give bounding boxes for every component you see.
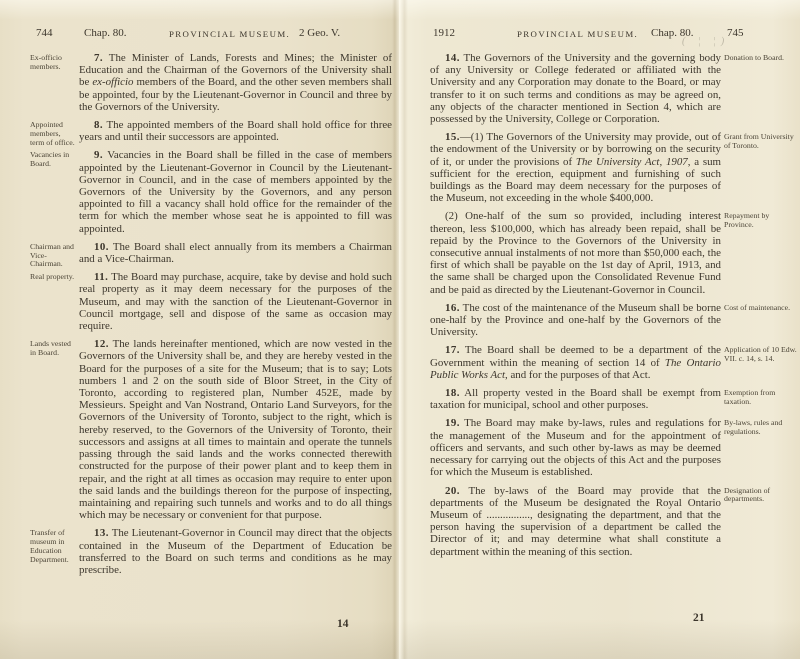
page-number: 14 <box>337 618 349 630</box>
act-section: By-laws, rules and regulations. 19. The … <box>430 417 721 478</box>
section-paragraph: 13. The Lieutenant-Governor in Council m… <box>79 527 392 576</box>
section-number: 18. <box>445 387 460 399</box>
section-text: The Governors of the University and the … <box>430 52 721 125</box>
act-section: Transfer of museum in Education Departme… <box>79 527 392 576</box>
section-number: 19. <box>445 417 460 429</box>
header-folio-number: 744 <box>36 27 53 39</box>
section-text: The Board shall elect annually from its … <box>79 241 392 265</box>
section-paragraph: 16. The cost of the maintenance of the M… <box>430 302 721 339</box>
margin-note: Ex-officio members. <box>30 54 76 72</box>
section-paragraph: (2) One-half of the sum so provided, inc… <box>430 210 721 295</box>
act-section: Vacancies in Board. 9. Vacancies in the … <box>79 149 392 234</box>
section-number: 8. <box>94 119 103 131</box>
section-number: 20. <box>445 485 460 497</box>
section-paragraph: 9. Vacancies in the Board shall be fille… <box>79 149 392 234</box>
section-text: The cost of the maintenance of the Museu… <box>430 302 721 338</box>
act-section: Designation of departments. 20. The by-l… <box>430 485 721 558</box>
margin-note: Vacancies in Board. <box>30 151 76 169</box>
section-paragraph: 17. The Board shall be deemed to be a de… <box>430 344 721 381</box>
running-title: PROVINCIAL MUSEUM. <box>517 27 638 39</box>
margin-note: Exemption from taxation. <box>724 389 797 407</box>
margin-note: Application of 10 Edw. VII. c. 14, s. 14… <box>724 346 797 364</box>
margin-note: Donation to Board. <box>724 54 797 63</box>
section-paragraph: 12. The lands hereinafter mentioned, whi… <box>79 338 392 521</box>
section-text: All property vested in the Board shall b… <box>430 387 721 411</box>
running-title: PROVINCIAL MUSEUM. <box>169 27 290 39</box>
section-text: (2) One-half of the sum so provided, inc… <box>430 210 721 295</box>
section-number: 15. <box>445 131 460 143</box>
act-section: Grant from University of Toronto. 15.—(1… <box>430 131 721 204</box>
section-text: The Board may make by-laws, rules and re… <box>430 417 721 478</box>
section-number: 9. <box>94 149 103 161</box>
section-number: 7. <box>94 52 103 64</box>
header-regnal-year: 2 Geo. V. <box>299 27 340 39</box>
section-number: 17. <box>445 344 460 356</box>
act-section: Ex-officio members. 7. The Minister of L… <box>79 52 392 113</box>
section-paragraph: 11. The Board may purchase, acquire, tak… <box>79 271 392 332</box>
margin-note: Real property. <box>30 273 76 282</box>
section-paragraph: 15.—(1) The Governors of the University … <box>430 131 721 204</box>
margin-note: Repayment by Province. <box>724 212 797 230</box>
section-paragraph: 20. The by-laws of the Board may provide… <box>430 485 721 558</box>
margin-note: Cost of maintenance. <box>724 304 797 313</box>
page-header: 1912 PROVINCIAL MUSEUM. Chap. 80. 745 <box>399 27 800 43</box>
header-year: 1912 <box>433 27 455 39</box>
margin-note: Designation of departments. <box>724 487 797 505</box>
act-section: Donation to Board. 14. The Governors of … <box>430 52 721 125</box>
text-column: Donation to Board. 14. The Governors of … <box>430 52 721 558</box>
section-text: The lands hereinafter mentioned, which a… <box>79 338 392 521</box>
act-section: Lands vested in Board. 12. The lands her… <box>79 338 392 521</box>
section-text: The Lieutenant-Governor in Council may d… <box>79 527 392 576</box>
act-section: Repayment by Province. (2) One-half of t… <box>430 210 721 295</box>
page-header: 744 Chap. 80. PROVINCIAL MUSEUM. 2 Geo. … <box>0 27 399 43</box>
ink-smudge: ( ¦ ¦) <box>682 36 729 47</box>
margin-note: Appointed members, term of office. <box>30 121 76 147</box>
section-number: 10. <box>94 241 109 253</box>
section-text: The Board shall be deemed to be a depart… <box>430 344 721 380</box>
act-section: Cost of maintenance. 16. The cost of the… <box>430 302 721 339</box>
section-text: The Board may purchase, acquire, take by… <box>79 271 392 332</box>
margin-note: Grant from University of Toronto. <box>724 133 797 151</box>
act-section: Chairman and Vice-Chairman. 10. The Boar… <box>79 241 392 265</box>
section-number: 16. <box>445 302 460 314</box>
page-right: 1912 PROVINCIAL MUSEUM. Chap. 80. 745 ( … <box>399 0 800 659</box>
act-section: Application of 10 Edw. VII. c. 14, s. 14… <box>430 344 721 381</box>
section-paragraph: 7. The Minister of Lands, Forests and Mi… <box>79 52 392 113</box>
margin-note: By-laws, rules and regulations. <box>724 419 797 437</box>
act-section: Appointed members, term of office. 8. Th… <box>79 119 392 143</box>
section-paragraph: 19. The Board may make by-laws, rules an… <box>430 417 721 478</box>
header-chapter-label: Chap. 80. <box>84 27 126 39</box>
section-number: 14. <box>445 52 460 64</box>
page-left: 744 Chap. 80. PROVINCIAL MUSEUM. 2 Geo. … <box>0 0 399 659</box>
section-number: 12. <box>94 338 109 350</box>
margin-note: Chairman and Vice-Chairman. <box>30 243 76 269</box>
page-number: 21 <box>693 612 705 624</box>
header-folio-number: 745 <box>727 27 744 39</box>
section-paragraph: 14. The Governors of the University and … <box>430 52 721 125</box>
section-paragraph: 18. All property vested in the Board sha… <box>430 387 721 411</box>
section-text: The appointed members of the Board shall… <box>79 119 392 143</box>
text-column: Ex-officio members. 7. The Minister of L… <box>79 52 392 576</box>
book-scan: 744 Chap. 80. PROVINCIAL MUSEUM. 2 Geo. … <box>0 0 800 659</box>
margin-note: Transfer of museum in Education Departme… <box>30 529 76 564</box>
section-text: The Minister of Lands, Forests and Mines… <box>79 52 392 113</box>
section-number: 13. <box>94 527 109 539</box>
act-section: Real property. 11. The Board may purchas… <box>79 271 392 332</box>
margin-note: Lands vested in Board. <box>30 340 76 358</box>
section-paragraph: 10. The Board shall elect annually from … <box>79 241 392 265</box>
section-text: The by-laws of the Board may provide tha… <box>430 485 721 558</box>
section-text: Vacancies in the Board shall be filled i… <box>79 149 392 234</box>
section-paragraph: 8. The appointed members of the Board sh… <box>79 119 392 143</box>
section-number: 11. <box>94 271 108 283</box>
section-text: —(1) The Governors of the University may… <box>430 131 721 204</box>
act-section: Exemption from taxation. 18. All propert… <box>430 387 721 411</box>
